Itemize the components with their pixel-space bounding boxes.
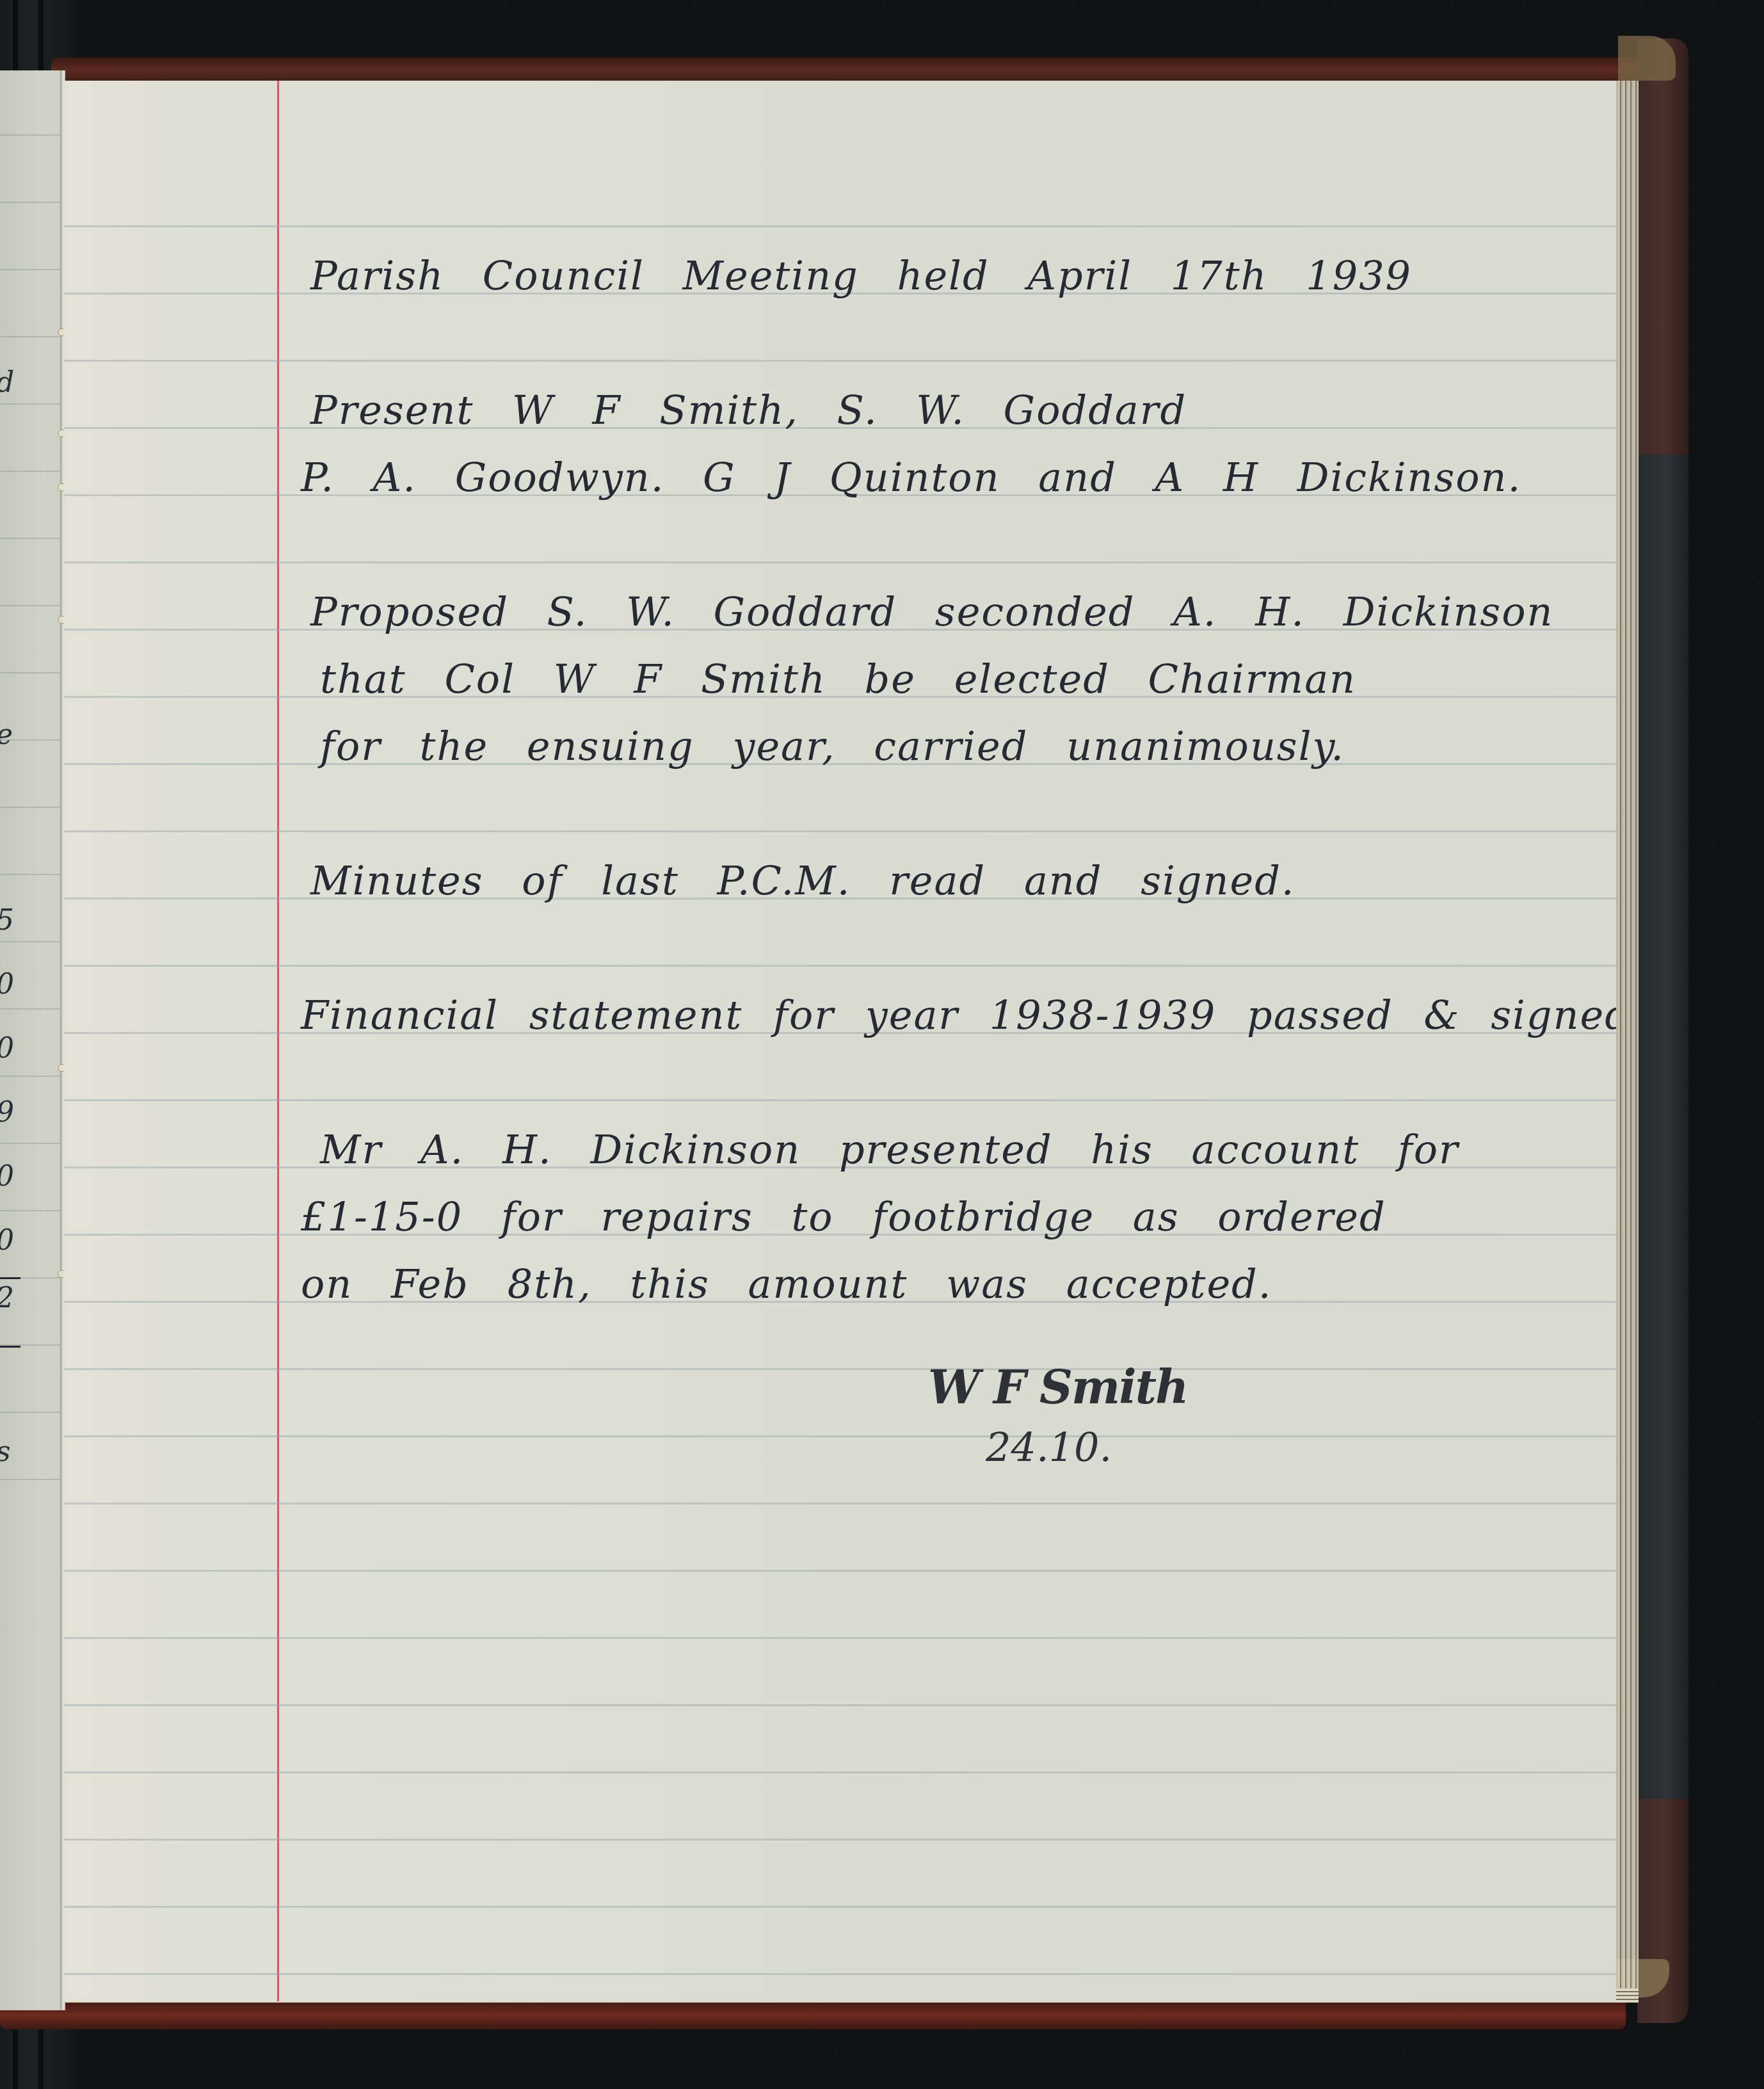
ruled-line	[0, 672, 61, 673]
facing-page-fragment: d	[0, 366, 14, 399]
scan-background: d e 5 0 0 9 0 0 2 s	[0, 0, 1764, 2089]
ruled-line	[0, 403, 61, 405]
ruled-line	[0, 1008, 61, 1010]
ruled-line	[0, 1210, 61, 1211]
book-cover-bottom-edge	[0, 2003, 1626, 2029]
ruled-line	[64, 1570, 1616, 1572]
ruled-line	[64, 1839, 1616, 1841]
facing-page-fragment: 9	[0, 1096, 14, 1129]
ruled-line	[64, 1435, 1616, 1437]
footbridge-line-3: on Feb 8th, this amount was accepted.	[301, 1261, 1272, 1307]
chairman-signature: W F Smith	[928, 1360, 1187, 1414]
footbridge-line-2: £1-15-0 for repairs to footbridge as ord…	[301, 1193, 1386, 1240]
ruled-line	[64, 1503, 1616, 1504]
facing-page-fragment: 2	[0, 1282, 14, 1314]
attendance-line-1: Present W F Smith, S. W. Goddard	[310, 387, 1187, 433]
worn-corner-top	[1618, 36, 1676, 81]
facing-page-fragment: 5	[0, 904, 14, 937]
election-line-1: Proposed S. W. Goddard seconded A. H. Di…	[310, 588, 1553, 635]
ruled-line	[64, 1771, 1616, 1773]
facing-page-total-rule	[0, 1277, 20, 1279]
facing-page-fragment: 0	[0, 1160, 14, 1193]
ruled-line	[0, 941, 61, 942]
meeting-heading: Parish Council Meeting held April 17th 1…	[310, 252, 1412, 299]
signature-date: 24.10.	[986, 1424, 1112, 1471]
facing-page-total-rule	[0, 1346, 20, 1348]
attendance-line-2: P. A. Goodwyn. G J Quinton and A H Dicki…	[301, 454, 1521, 501]
facing-page-fragment: s	[0, 1435, 11, 1468]
ruled-line	[64, 1637, 1616, 1639]
ruled-line	[0, 1479, 61, 1480]
financial-statement-line: Financial statement for year 1938-1939 p…	[301, 992, 1616, 1038]
book-cover-right-edge	[1637, 38, 1688, 2023]
ruled-line	[64, 1704, 1616, 1706]
ruled-line	[64, 360, 1616, 362]
ruled-line	[0, 471, 61, 472]
red-margin-line	[277, 81, 279, 2001]
ruled-line	[0, 202, 61, 203]
ruled-line	[0, 605, 61, 606]
election-line-3: for the ensuing year, carried unanimousl…	[320, 723, 1345, 770]
ruled-line	[64, 965, 1616, 967]
ruled-line	[64, 1099, 1616, 1101]
footbridge-line-1: Mr A. H. Dickinson presented his account…	[320, 1126, 1459, 1173]
facing-page-fragment: 0	[0, 1224, 14, 1257]
ruled-line	[64, 225, 1616, 227]
ruled-line	[64, 830, 1616, 832]
election-line-2: that Col W F Smith be elected Chairman	[320, 656, 1356, 702]
cover-cloth-repair	[1637, 455, 1688, 1799]
ruled-line	[0, 874, 61, 875]
ruled-line	[0, 134, 61, 136]
ruled-line	[0, 1076, 61, 1077]
minute-book-page: Parish Council Meeting held April 17th 1…	[64, 81, 1616, 2001]
ruled-line	[0, 336, 61, 337]
facing-page: d e 5 0 0 9 0 0 2 s	[0, 70, 61, 2010]
ruled-line	[0, 807, 61, 808]
ruled-line	[0, 538, 61, 539]
ruled-line	[0, 1143, 61, 1144]
book-cover-top-edge	[51, 58, 1677, 82]
facing-page-fragment: 0	[0, 968, 14, 1001]
ruled-line	[0, 1412, 61, 1413]
facing-page-fragment: 0	[0, 1032, 14, 1065]
facing-page-fragment: e	[0, 718, 13, 751]
ruled-line	[64, 561, 1616, 563]
minutes-line: Minutes of last P.C.M. read and signed.	[310, 857, 1295, 904]
page-edges-right	[1613, 81, 1639, 1988]
ruled-line	[64, 1368, 1616, 1370]
ruled-line	[64, 1906, 1616, 1908]
ruled-line	[64, 1973, 1616, 1975]
ruled-line	[0, 269, 61, 270]
